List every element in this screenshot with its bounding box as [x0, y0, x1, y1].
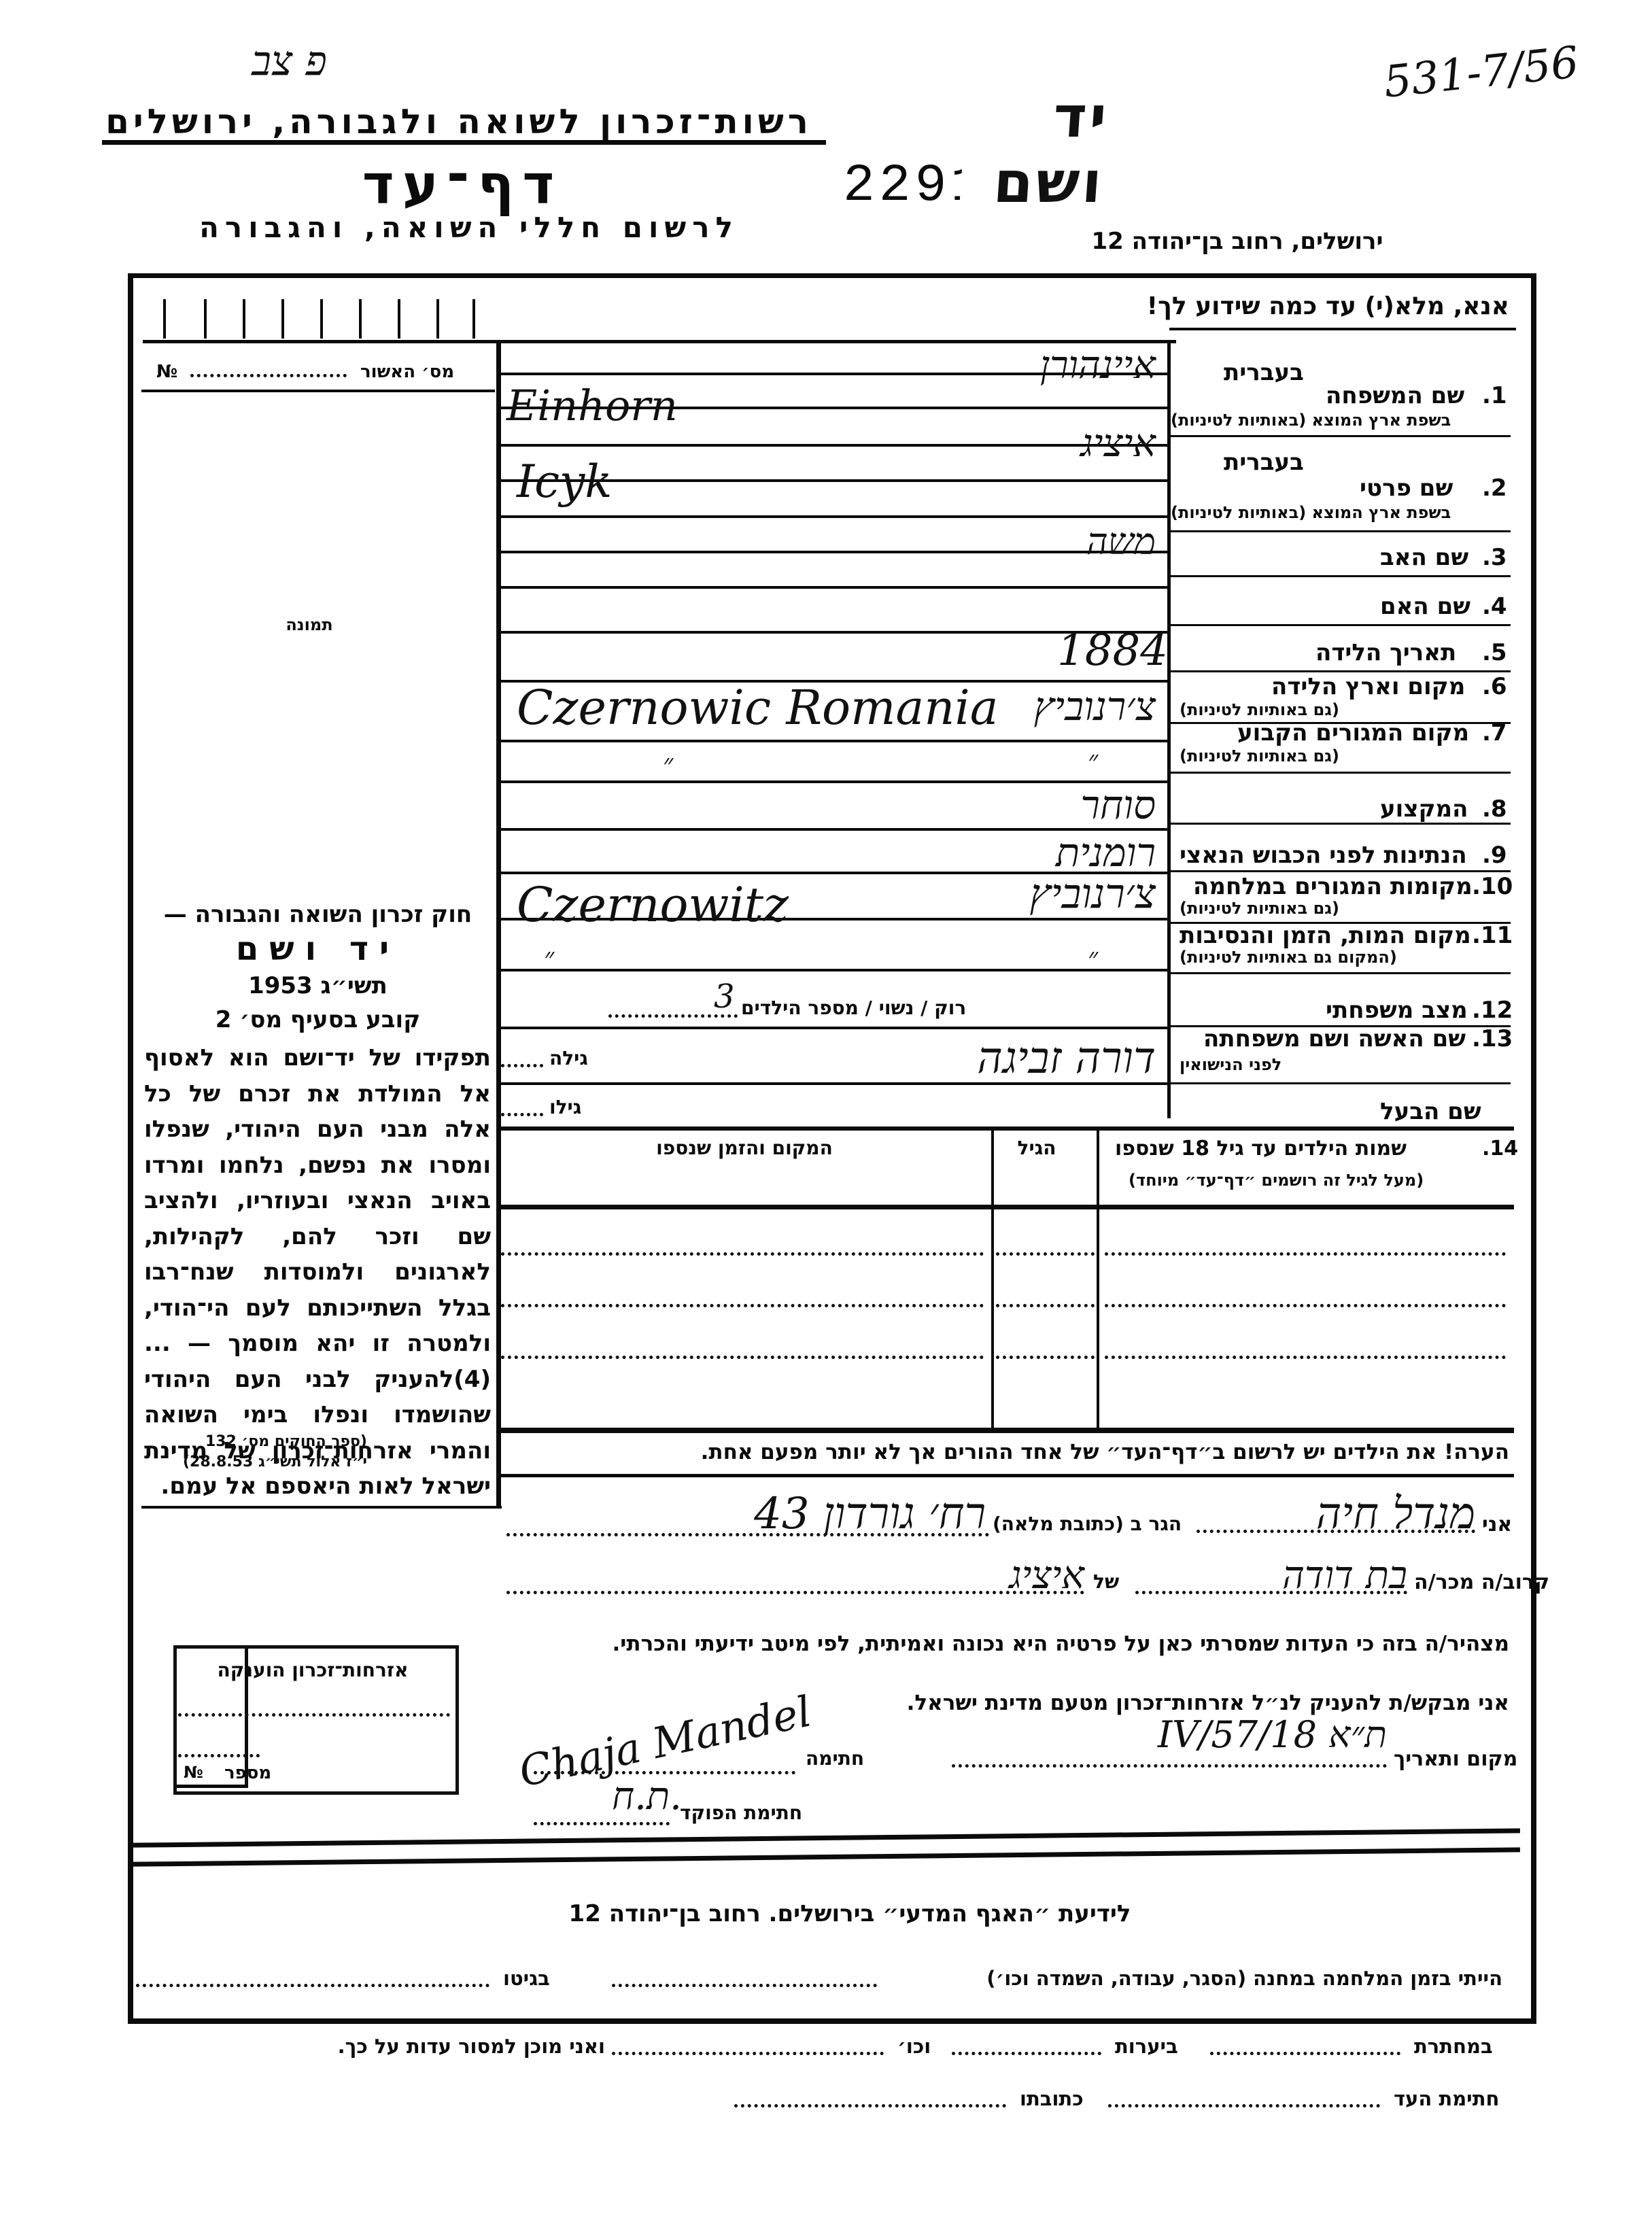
of-label: של: [1093, 1570, 1119, 1593]
field-5-number: 5.: [1482, 639, 1507, 666]
profession[interactable]: סוחר: [952, 782, 1156, 828]
field-1-label-rule: [1171, 435, 1511, 437]
children-table-row[interactable]: [501, 1313, 1514, 1362]
field-1-number: 1.: [1482, 382, 1507, 409]
form-title: דף־עד: [326, 153, 598, 216]
first-name-hebrew[interactable]: איציג: [952, 422, 1156, 466]
underground-label: במחתרת: [1414, 2035, 1493, 2058]
camp-line-prefix: הייתי בזמן המלחמה במחנה (הסגר, עבודה, הש…: [891, 1967, 1502, 1990]
section-13-bottom-rule: [501, 1126, 1514, 1131]
place-date-field[interactable]: [952, 1764, 1387, 1768]
field-2-number: 2.: [1482, 475, 1507, 502]
witness-address-field[interactable]: [734, 2104, 1006, 2108]
wartime-residence-latin[interactable]: Czernowitz: [517, 877, 789, 933]
field-10-sublabel: (גם באותיות לטיניות): [1180, 899, 1339, 918]
citizenship-request-text: אני מבקש/ת להעניק לנ״ל אזרחות־זכרון מטעם…: [802, 1691, 1509, 1715]
children-count[interactable]: 3: [714, 978, 735, 1016]
header-rule: [102, 140, 826, 145]
law-citation-1: (ספר החוקים מס׳ 132: [143, 1433, 367, 1450]
family-name-hebrew[interactable]: איינהורן: [918, 343, 1156, 388]
field-9-label: הנתינות לפני הכבוש הנאצי: [1180, 842, 1467, 869]
bottom-section-title: לידיעת ״האגף המדעי״ בירושלים. רחוב בן־יה…: [476, 1900, 1224, 1927]
citizenship-box-number-field[interactable]: [178, 1754, 260, 1757]
children-table-title: שמות הילדים עד גיל 18 שנספו: [1115, 1137, 1407, 1160]
field-4-label-rule: [1171, 624, 1511, 626]
death-place-hebrew[interactable]: ״: [1088, 942, 1098, 974]
birth-date[interactable]: 1884: [1057, 625, 1168, 676]
field-7-label: מקום המגורים הקבוע: [1237, 719, 1469, 746]
official-signature[interactable]: ת.ח.: [612, 1774, 682, 1819]
children-table-row[interactable]: [501, 1365, 1514, 1426]
field-5-label-rule: [1171, 670, 1511, 672]
answer-rule: [501, 969, 1167, 971]
underground-field[interactable]: [1210, 2052, 1400, 2055]
yad-vashem-logo: יד ושם: [960, 102, 1120, 197]
answer-rule: [501, 1027, 1167, 1029]
field-8-label: המקצוע: [1380, 795, 1468, 823]
children-table-row[interactable]: [501, 1210, 1514, 1259]
ghetto-field[interactable]: [136, 1984, 489, 1987]
field-10-label: מקומות המגורים במלחמה: [1193, 873, 1473, 900]
forests-label: ביערות: [1115, 2035, 1178, 2058]
field-3-label: שם האב: [1380, 544, 1468, 571]
labels-column-divider: [1167, 343, 1171, 1118]
field-4-number: 4.: [1482, 593, 1507, 620]
relation-field[interactable]: [1135, 1591, 1407, 1594]
instruction: אנא, מלא(י) עד כמה שידוע לך!: [884, 292, 1509, 320]
residence-latin[interactable]: ״: [663, 748, 673, 780]
field-7-sublabel: (גם באותיות לטיניות): [1180, 746, 1339, 766]
children-table-number: 14.: [1482, 1137, 1518, 1160]
official-signature-label: חתימת הפוקד: [680, 1802, 802, 1824]
declarant-address-field[interactable]: [506, 1533, 989, 1536]
death-place-latin[interactable]: ״: [544, 942, 554, 974]
approval-rule: [141, 390, 495, 392]
field-11-number: 11.: [1472, 922, 1513, 949]
official-signature-field[interactable]: [534, 1822, 670, 1825]
wife-name[interactable]: דורה זביגה: [680, 1033, 1156, 1084]
field-9-label-rule: [1171, 870, 1511, 872]
field-7-number: 7.: [1482, 719, 1507, 746]
husband-label: שם הבעל: [1380, 1098, 1481, 1125]
note: הערה! את הילדים יש לרשום ב״דף־העד״ של אח…: [506, 1440, 1509, 1464]
answer-rule: [501, 515, 1167, 518]
field-2-sublabel: בשפת ארץ המוצא (באותיות לטיניות): [1171, 503, 1451, 522]
field-2-hebrew-tag: בעברית: [1224, 449, 1304, 476]
declarant-name-field[interactable]: [1197, 1530, 1475, 1533]
instruction-rule: [1169, 328, 1516, 330]
photo-label: תמונה: [258, 615, 360, 634]
citizenship-box-line[interactable]: [178, 1713, 450, 1717]
declarant-address[interactable]: רח׳ גורדון 43: [510, 1489, 986, 1539]
law-citation-2: י״ז אלול תשי״ג 28.8.53): [143, 1453, 367, 1470]
column-header-place-time: המקום והזמן שנספו: [506, 1137, 982, 1159]
children-table-row[interactable]: [501, 1262, 1514, 1311]
father-name[interactable]: משה: [952, 520, 1156, 563]
org-name: רשות־זכרון לשואה ולגבורה, ירושלים: [102, 102, 816, 141]
field-13-label: שם האשה ושם משפחתה: [1203, 1025, 1466, 1052]
field-11-label: מקום המות, הזמן והנסיבות: [1180, 922, 1471, 949]
field-12-label: מצב משפחתי: [1326, 997, 1468, 1024]
tick-row: [163, 299, 503, 340]
left-column-divider: [496, 343, 501, 1506]
field-11-label-rule: [1171, 972, 1511, 974]
field-1-label: שם המשפחה: [1326, 382, 1464, 409]
field-11-sublabel: (המקום גם באותיות לטיניות): [1180, 948, 1397, 967]
answer-rule: [501, 740, 1167, 742]
answer-rule: [501, 586, 1167, 589]
approval-no-symbol: №: [156, 362, 177, 382]
etc-label: וכו׳: [897, 2035, 931, 2058]
field-13-label-rule: [1171, 1082, 1511, 1084]
wife-age-label: גילה: [549, 1047, 588, 1069]
handwritten-top-left-note: פ צב: [252, 37, 327, 85]
witness-address-label: כתובתו: [1020, 2087, 1084, 2110]
citizenship-box-number-symbol: №: [184, 1763, 203, 1782]
field-5-label: תאריך הלידה: [1315, 639, 1456, 666]
law-title: חוק זכרון השואה והגבורה —: [146, 901, 489, 928]
birth-place-hebrew[interactable]: צ׳רנוביץ: [986, 683, 1156, 729]
field-6-sublabel: (גם באותיות לטיניות): [1180, 700, 1339, 719]
approval-number-field[interactable]: [190, 374, 347, 377]
field-3-label-rule: [1171, 575, 1511, 577]
first-name-latin[interactable]: Icyk: [517, 455, 612, 508]
husband-age-label: גילו: [549, 1096, 581, 1118]
field-7-label-rule: [1171, 772, 1511, 774]
field-8-label-rule: [1171, 823, 1511, 825]
field-1-hebrew-tag: בעברית: [1224, 359, 1304, 386]
column-header-age: הגיל: [996, 1137, 1078, 1159]
testimony-willingness: ואני מוכן למסור עדות על כך.: [136, 2035, 605, 2058]
law-section: קובע בסעיף מס׳ 2: [146, 1006, 489, 1033]
resides-label: הגר ב (כתובת מלאה): [993, 1513, 1182, 1535]
field-2-label: שם פרטי: [1360, 475, 1453, 502]
field-6-number: 6.: [1482, 673, 1507, 700]
address: ירושלים, רחוב בן־יהודה 12: [965, 228, 1509, 255]
field-13-sublabel: לפני הנישואין: [1180, 1055, 1281, 1074]
relation-label: קרוב/ה מכר/ה: [1414, 1570, 1549, 1594]
signature-label: חתימה: [806, 1747, 864, 1770]
children-table-header-rule: [501, 1205, 1514, 1209]
children-table-subtitle: (מעל לגיל זה רושמים ״דף־עד״ מיוחד): [1129, 1171, 1424, 1190]
nationality[interactable]: רומנית: [918, 829, 1156, 876]
field-9-number: 9.: [1482, 842, 1507, 869]
declarant-i-label: אני: [1482, 1513, 1512, 1536]
citizenship-box-title: אזרחות־זכרון הוענקה: [184, 1659, 442, 1681]
wife-age-field[interactable]: [501, 1064, 543, 1067]
field-6-label: מקום וארץ הלידה: [1271, 673, 1465, 700]
field-3-number: 3.: [1482, 544, 1507, 571]
place-date-label: מקום ותאריך: [1394, 1747, 1517, 1771]
ghetto-label: בגיטו: [503, 1967, 550, 1990]
place-date-value[interactable]: ת״א 18/IV/57: [1115, 1713, 1387, 1756]
camp-field[interactable]: [612, 1984, 877, 1987]
forests-field[interactable]: [952, 2052, 1101, 2055]
field-13-number: 13.: [1472, 1025, 1513, 1052]
witness-signature-field[interactable]: [1108, 2104, 1380, 2108]
residence-hebrew[interactable]: ״: [1088, 744, 1098, 776]
logo-text: יד ושם: [959, 82, 1121, 218]
wartime-residence-hebrew[interactable]: צ׳רנוביץ: [938, 870, 1156, 918]
note-rule: [501, 1474, 1514, 1477]
form-subtitle: לרשום חללי השואה, והגבורה: [177, 211, 761, 244]
field-4-label: שם האם: [1380, 593, 1470, 620]
marital-status-options[interactable]: רוק / נשוי / מספר הילדים: [741, 997, 966, 1019]
approval-label: מס׳ האשור: [360, 362, 454, 382]
field-1-sublabel: בשפת ארץ המוצא (באותיות לטיניות): [1171, 411, 1451, 430]
husband-age-field[interactable]: [501, 1113, 543, 1116]
law-block-rule: [141, 1506, 502, 1509]
declaration-text: מצהיר/ה בזה כי העדות שמסרתי כאן על פרטיה…: [506, 1632, 1509, 1656]
family-name-latin[interactable]: Einhorn: [506, 381, 678, 430]
citizenship-box-number-label: מספר: [224, 1763, 271, 1783]
field-2-label-rule: [1171, 530, 1511, 532]
handwritten-reference-number: 531-7/56: [1381, 37, 1581, 108]
law-year: תשי״ג 1953: [146, 972, 489, 999]
witness-signature-label: חתימת העד: [1394, 2087, 1499, 2110]
field-12-number: 12.: [1472, 997, 1513, 1024]
birth-place-latin[interactable]: Czernowic Romania: [517, 680, 998, 736]
law-yad-vashem: יד ושם: [146, 930, 489, 968]
children-table-bottom-rule: [501, 1428, 1514, 1433]
of-field[interactable]: [506, 1591, 1084, 1594]
field-10-number: 10.: [1472, 873, 1513, 900]
field-8-number: 8.: [1482, 795, 1507, 823]
etc-field[interactable]: [612, 2052, 884, 2055]
